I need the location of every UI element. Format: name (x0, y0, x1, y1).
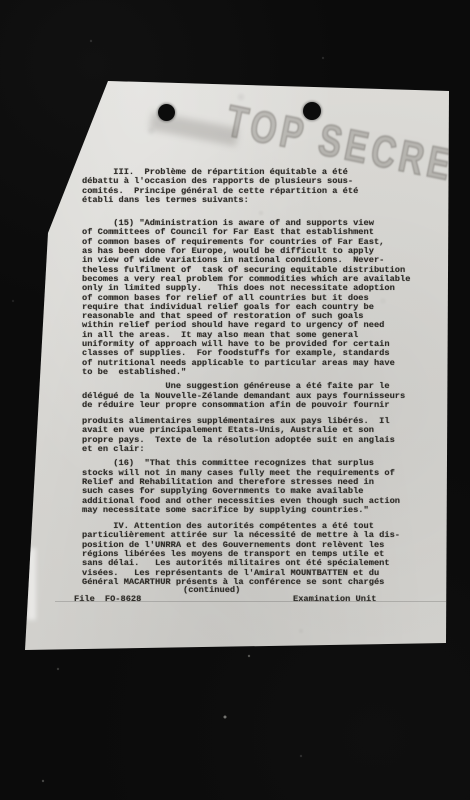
paragraph: IV. Attention des autorités compétentes … (82, 522, 432, 587)
paragraph: III. Problème de répartition équitable a… (82, 168, 432, 205)
paragraph: (16) "That this committee recognizes tha… (82, 459, 432, 515)
examination-unit-label: Examination Unit (293, 595, 376, 604)
punch-hole-left (158, 104, 175, 121)
document-body: III. Problème de répartition équitable a… (82, 168, 432, 587)
file-label: File (74, 594, 95, 604)
paragraph: produits alimentaires supplémentaires au… (82, 417, 432, 454)
continued-note: (continued) (183, 586, 240, 595)
paper-edge-highlight (27, 548, 36, 620)
file-number: FO-8628 (105, 594, 142, 604)
document-page: TOP SECRET III. Problème de répartition … (0, 0, 470, 800)
film-specks (0, 0, 2, 2)
punch-hole-right (303, 102, 321, 120)
paragraph: (15) "Administration is aware of and sup… (82, 219, 432, 377)
paragraph: Une suggestion généreuse a été faite par… (82, 382, 432, 410)
file-reference: FileFO-8628 (74, 595, 141, 604)
film-frame: TOP SECRET III. Problème de répartition … (0, 0, 470, 800)
